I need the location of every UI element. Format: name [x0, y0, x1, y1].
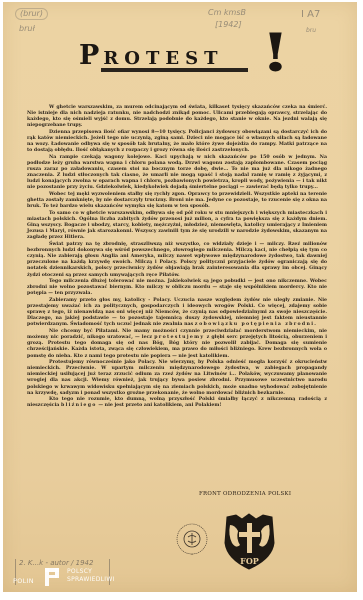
paragraph-1: W ghetcie warszawskim, za murem odcinają… — [27, 105, 327, 129]
pencil-note-date: [1942] — [215, 20, 242, 30]
exclamation-mark: ! — [261, 28, 291, 80]
document-body: W ghetcie warszawskim, za murem odcinają… — [27, 105, 327, 410]
title-rest: ROTEST — [103, 48, 223, 69]
paragraph-7: Tego milczenia dłużej tolerować nie możn… — [27, 279, 327, 297]
paragraph-11-rest: — nie jest przeto ani katolikiem, ani Po… — [98, 403, 221, 408]
pencil-note-catalog: I A7 — [301, 10, 320, 20]
pencil-note-top-center: Cm kmsB — [208, 8, 246, 18]
fop-eagle-cross-emblem-icon: FOP — [222, 513, 277, 570]
watermark-text: POLSCY SPRAWIEDLIWI — [67, 568, 115, 584]
pencil-note-top-left-2: bruł — [19, 24, 35, 34]
paragraph-2: Dzienna przepisowa ilość ofiar wynosi 8—… — [27, 130, 327, 154]
library-stamp-icon: + — [175, 522, 209, 556]
paragraph-5: To samo co w ghetcie warszawskim, odbywa… — [27, 211, 327, 241]
paragraph-6: Świat patrzy na tę zbrodnię, straszliwsz… — [27, 242, 327, 279]
signature: FRONT ODRODZENIA POLSKI — [199, 491, 291, 497]
title-initial: P — [79, 40, 103, 71]
watermark: POLIN POLSCY SPRAWIEDLIWI — [13, 564, 133, 590]
pencil-note-top-right-2: bru — [306, 26, 316, 36]
svg-text:FOP: FOP — [240, 556, 259, 566]
paragraph-8: Zabieramy przeto głos my, katolicy - Pol… — [27, 298, 327, 328]
pencil-note-top-left: (brur) — [15, 8, 48, 20]
paragraph-8-emphasis: obowiązku potępienia zbrodni. — [199, 322, 317, 327]
polin-logo-icon — [43, 566, 61, 588]
title-underline — [101, 68, 248, 72]
watermark-line-2: SPRAWIEDLIWI — [67, 576, 115, 584]
watermark-polin: POLIN — [13, 577, 34, 585]
paragraph-4: Wobec tej męki wyzwoleniem stałby się ry… — [27, 192, 327, 210]
paragraph-10: Protestujemy równocześnie jako Polacy. N… — [27, 360, 327, 397]
paragraph-9: Nie chcemy być Piłatami. Nie mamy możnoś… — [27, 329, 327, 359]
paragraph-11: Kto tego nie rozumie, kto dumną, wolną p… — [27, 397, 327, 409]
watermark-line-1: POLSCY — [67, 568, 115, 576]
paragraph-9-emphasis: protestujemy — [154, 335, 204, 340]
document-title: PROTEST ! — [79, 38, 289, 78]
paragraph-11-emphasis: bliźniego — [61, 403, 97, 408]
paragraph-3: Na rampie czekają wagony kolejowe. Kaci … — [27, 155, 327, 192]
document-page: (brur) bruł Cm kmsB [1942] I A7 bru PROT… — [3, 2, 357, 592]
